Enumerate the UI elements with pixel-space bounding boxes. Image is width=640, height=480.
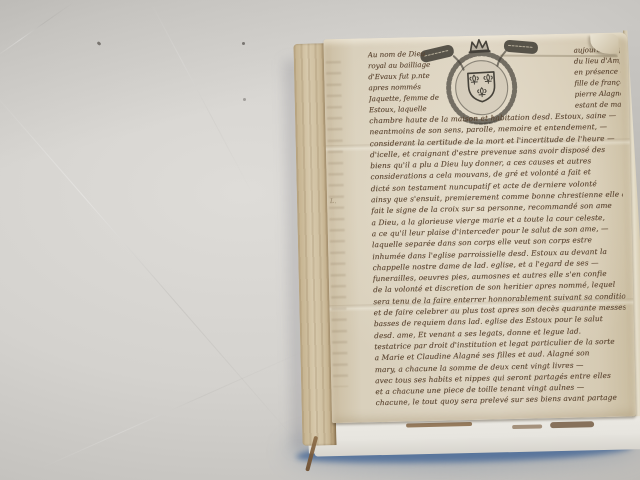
table-speck [97,41,102,46]
table-scratch [0,1,75,57]
margin-ink-mark: L. [330,197,337,205]
ink-stain [406,422,472,427]
photo-of-manuscript: L. [0,0,640,480]
ink-stain [550,421,594,428]
table-scratch [0,88,298,443]
table-scratch [149,0,253,195]
bleed-through-text [326,61,348,387]
body-lines: chambre haute de la maison et habitation… [369,111,628,410]
manuscript-stack: L. [293,30,640,458]
table-speck [243,98,246,101]
manuscript-page: L. [323,32,636,423]
handwritten-text: Au nom de Dieu aujourd'huy pardevant le … [368,45,628,410]
table-speck [242,42,245,45]
table-scratch [40,346,314,469]
ink-stain [512,424,542,429]
